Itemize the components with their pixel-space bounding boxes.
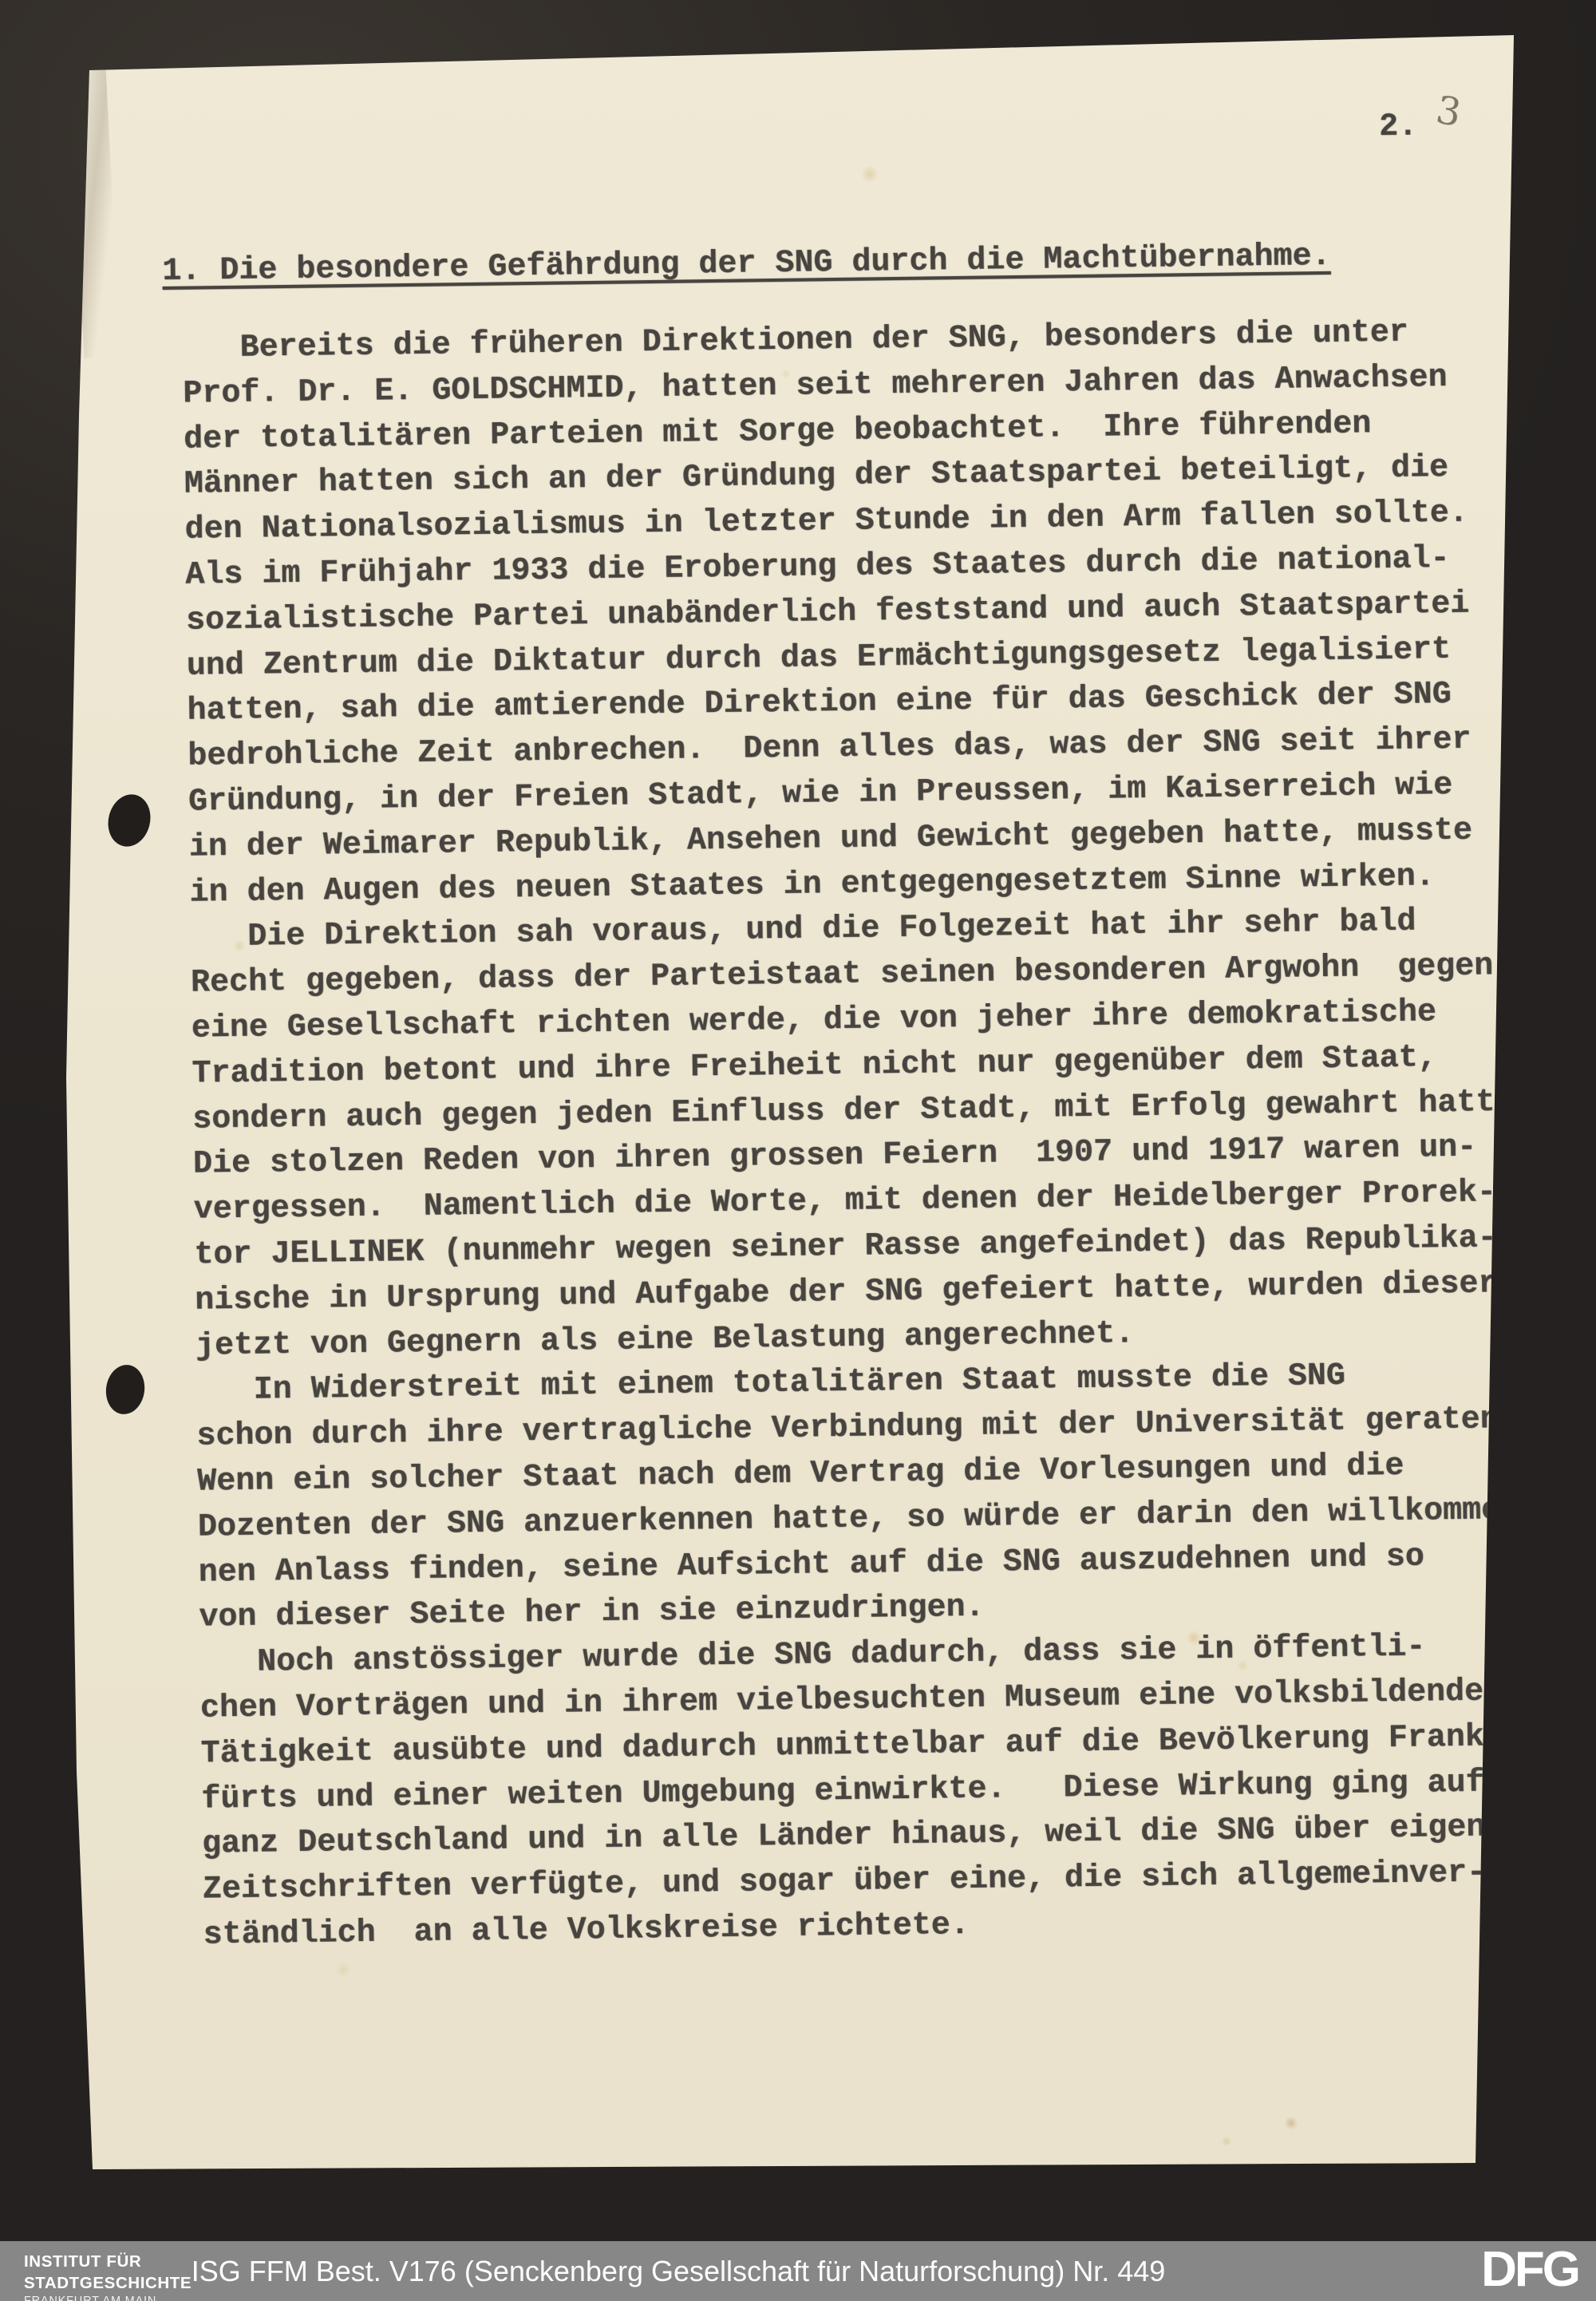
typed-lines: Bereits die früheren Direktionen der SNG… bbox=[163, 310, 1541, 1959]
paper-crease bbox=[69, 69, 121, 358]
page-number: 2. bbox=[1379, 109, 1418, 145]
archive-footer-bar: INSTITUT FÜR STADTGESCHICHTE FRANKFURT A… bbox=[0, 2241, 1596, 2301]
handwritten-page-number: 3 bbox=[1432, 88, 1464, 136]
typewritten-text-layer: 2. 1. Die besondere Gefährdung der SNG d… bbox=[162, 231, 1541, 1959]
punch-hole-top bbox=[103, 790, 156, 852]
punch-hole-bottom bbox=[103, 1362, 148, 1417]
archival-reference: ISG FFM Best. V176 (Senckenberg Gesellsc… bbox=[0, 2241, 1357, 2301]
scanned-document-page: 2. 1. Die besondere Gefährdung der SNG d… bbox=[0, 0, 1596, 2301]
section-heading: 1. Die besondere Gefährdung der SNG durc… bbox=[162, 231, 1519, 295]
archive-scan-viewer: 2. 1. Die besondere Gefährdung der SNG d… bbox=[0, 0, 1596, 2301]
dfg-logo: DFG bbox=[1481, 2241, 1578, 2298]
